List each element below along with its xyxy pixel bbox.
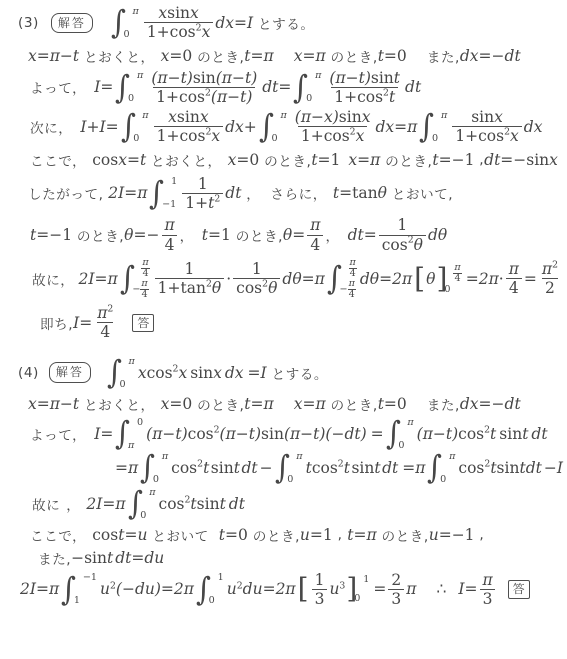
denominator: 4 [140,289,148,300]
math-italic: dt [405,78,421,96]
integral-limits: π0 [442,451,455,485]
plain-text: ， [66,494,80,514]
math-italic: (−du) [116,580,161,598]
math-italic: dt [505,47,521,65]
math-italic: 2π [479,270,499,288]
math-roman: sin [471,108,494,126]
integral: ∫1−1 [148,176,179,210]
denominator: 2 [542,278,558,297]
math-italic: x [161,395,170,413]
fraction: π4 [141,258,149,279]
math-roman: = [379,270,392,288]
math-italic: x [118,151,127,169]
bracket-limits: π40 [446,263,461,295]
superscript: 2 [338,458,344,469]
math-roman: = [94,270,107,288]
fraction: π4 [453,263,461,284]
math-italic: x [202,23,211,41]
integral: ∫π0 [127,487,158,521]
fraction: 13 [312,571,328,609]
math-roman: cos [171,459,197,477]
integral-limits: π0 [289,451,302,485]
denominator: 1+tan2θ [155,278,225,297]
upper-limit: π [315,70,321,81]
math-roman: 2 [545,279,555,297]
fraction: sinx1+cos2x [452,108,522,146]
lower-limit: −π4 [132,279,149,300]
math-italic: x [213,364,222,382]
math-roman: =0 [384,47,407,65]
integral: ∫π0 [114,70,145,104]
upper-limit: −1 [83,572,97,583]
plain-text: とおいて, [387,183,453,203]
plain-text: のとき, [72,225,124,245]
math-roman: sin [167,4,190,22]
numerator: π [348,279,356,289]
plain-text: のとき, [380,150,432,170]
upper-limit: π [133,6,139,17]
integral-sign: ∫ [61,573,76,607]
math-italic: 2π [174,580,194,598]
lower-limit: 0 [444,284,461,295]
math-italic: u [329,580,339,598]
formula-line-s4-problem: (4)解答∫π0xcos2xsinxdx=I とする。 [18,356,563,390]
math-roman: =1 [318,151,341,169]
math-italic: du [243,580,263,598]
lower-limit: 0 [128,93,143,104]
numerator: 1 [249,260,265,278]
fraction: π4 [161,216,177,254]
math-italic: (π−x) [295,108,339,126]
plain-text: のとき, [192,46,244,66]
math-italic: π [315,270,325,288]
math-italic: t [522,425,528,443]
integral: ∫π0 [110,6,141,40]
integral: ∫10 [195,572,226,606]
math-roman: = [292,226,305,244]
math-italic: θ [283,226,292,244]
plain-text: ， [241,183,260,203]
math-italic: π [49,580,59,598]
math-italic: 2π [276,580,296,598]
plain-text: ここで， [30,525,86,545]
math-italic: x [211,127,220,145]
math-italic: dθ [282,270,301,288]
math-italic: π [141,279,147,289]
math-roman: 3 [391,590,401,608]
math-roman: = [106,118,119,136]
math-roman: 1 [198,175,208,193]
solution-badge: 解答 [49,362,91,382]
math-italic: x [510,127,519,145]
math-italic: dt [531,425,547,443]
math-italic: x [178,364,187,382]
math-italic: (π−t) [417,425,459,443]
superscript: 2 [504,127,510,138]
math-roman: cos [92,526,118,544]
math-italic: (π−t) [151,69,193,87]
formula-line-s4-expand: =π∫π0cos2tsintdt−∫π0tcos2tsintdt=π∫π0cos… [115,451,563,485]
integral-sign: ∫ [274,451,289,485]
upper-limit: π4 [141,258,149,279]
math-roman: 1+cos [334,88,383,106]
math-italic: π [296,451,302,462]
superscript: 2 [383,88,389,99]
math-italic: dt [348,226,364,244]
math-italic: t [107,549,113,567]
math-roman: =− [133,226,159,244]
lower-limit: 1 [74,595,97,606]
integral: ∫−11 [60,572,99,606]
math-roman: = [124,184,137,202]
math-italic: 2I [20,580,36,598]
math-italic: π−t [50,395,79,413]
math-roman: = [402,459,415,477]
formula-line-s4-du: また,−sintdt=du [38,548,563,569]
integral-sign: ∫ [120,110,135,144]
lower-limit: 0 [306,93,321,104]
math-italic: dt [225,184,241,202]
math-roman: − [260,459,273,477]
math-italic: x [362,108,371,126]
denominator: cos2θ [379,235,426,254]
math-italic: 2π [392,270,412,288]
lower-limit: 0 [209,595,224,606]
math-italic: dt [262,78,278,96]
math-italic: (π−t) [220,425,262,443]
math-italic: x [168,108,177,126]
math-roman: sin [177,108,200,126]
plain-text: ここで， [30,150,86,170]
math-roman: −sin [71,549,107,567]
math-roman: =0 [225,526,248,544]
math-italic: 2I [79,270,95,288]
numerator: π [453,263,461,273]
math-roman: cos [382,236,408,254]
math-italic: π [107,270,117,288]
integral: ∫π0 [106,356,137,390]
integral-sign: ∫ [140,451,155,485]
evaluation-bracket: [θ]π40 [414,263,464,295]
math-roman: ∴ [436,580,446,598]
math-roman: 1+ [185,194,208,212]
denominator: 4 [348,289,356,300]
math-italic: t [344,459,350,477]
numerator: π [307,216,323,234]
plain-text: のとき, [326,46,378,66]
math-italic: x [494,108,503,126]
math-italic: θ [414,236,423,254]
formula-line-s3-sum: 次に，I+I=∫π0xsinx1+cos2xdx+∫π0(π−x)sinx1+c… [30,108,563,146]
formula-line-s4-substitution: x=π−t とおくと，x=0 のとき,t=πx=π のとき,t=0また,dx=−… [28,394,563,415]
fraction: (π−t)sint1+cos2t [326,69,403,107]
math-italic: θ [378,184,387,202]
math-roman: = [466,270,479,288]
numerator: π [140,279,148,289]
integral-limits: π0 [308,70,321,104]
integral: ∫π0 [292,70,323,104]
math-italic: dt [505,395,521,413]
math-italic: θ [124,226,133,244]
integral-limits: π0 [130,70,143,104]
math-italic: u [137,526,147,544]
math-roman: = [37,47,50,65]
plain-text: (3) [18,15,39,31]
denominator: 3 [388,589,404,608]
plain-text: ， [325,225,339,245]
math-roman: sin [261,425,284,443]
plain-text: とおいて [147,525,208,545]
math-roman: =−1 [36,226,72,244]
integral-limits: π0 [155,451,168,485]
math-italic: dx [375,118,394,136]
math-italic: x [28,47,37,65]
integral-limits: π0 [400,417,413,451]
math-italic: π [449,451,455,462]
math-roman: cos [92,151,118,169]
math-italic: π [415,459,425,477]
math-roman: cos [188,425,214,443]
math-roman: = [124,526,137,544]
math-roman: 4 [100,323,110,341]
math-italic: t [394,69,400,87]
math-italic: x [158,4,167,22]
math-italic: du [144,549,164,567]
math-roman: =0 [169,47,192,65]
math-roman: =−sin [500,151,549,169]
math-roman: 1 [218,572,224,583]
math-italic: u [300,526,310,544]
math-roman: =−1 [439,151,475,169]
math-roman: 0 [354,593,360,604]
math-roman: =1 [310,526,333,544]
math-italic: θ [212,279,221,297]
math-roman: 4 [349,290,355,300]
integral-limits: π4−π4 [134,258,149,300]
denominator: 4 [506,278,522,297]
math-roman: = [278,78,291,96]
numerator: π [479,571,495,589]
integral-sign: ∫ [259,110,274,144]
math-italic: u [227,580,237,598]
math-roman: = [302,270,315,288]
math-roman: 4 [509,279,519,297]
lower-limit: 0 [440,474,455,485]
math-roman: −1 [83,572,97,583]
math-solution-document: (3)解答∫π0xsinx1+cos2xdx=I とする。x=π−t とおくと，… [0,0,567,659]
math-roman: 1 [252,260,262,278]
math-italic: (π−t) [329,69,371,87]
math-roman: = [127,151,140,169]
integral: ∫π0 [385,417,416,451]
math-roman: = [353,526,366,544]
math-roman: 1+cos [301,127,350,145]
integral-sign: ∫ [107,356,122,390]
math-roman: = [79,314,92,332]
fraction: π4 [349,258,357,279]
numerator: π2 [94,304,116,322]
math-italic: π [142,110,148,121]
math-roman: = [131,549,144,567]
math-roman: 4 [165,236,175,254]
numerator: (π−t)sint [326,69,403,87]
integral-sign: ∫ [149,177,164,211]
math-italic: π [441,110,447,121]
fraction: π4 [348,279,356,300]
upper-limit: π [407,417,413,428]
denominator: 1+cos2(π−t) [153,87,255,106]
math-italic: π [315,395,325,413]
integral: ∫π0 [426,451,457,485]
math-italic: t [389,88,395,106]
integral-limits: 10 [211,572,224,606]
plain-text: のとき, [192,394,244,414]
math-italic: π [115,495,125,513]
answer-badge: 答 [508,580,530,598]
upper-limit: π [296,451,302,462]
math-italic: π [264,47,274,65]
math-roman: 1+cos [455,127,504,145]
math-roman: sin [211,459,234,477]
fraction: π24 [94,304,116,342]
fraction: xsinx1+cos2x [154,108,224,146]
plain-text: 故に [32,494,60,514]
math-roman: = [100,78,113,96]
math-italic: π [162,451,168,462]
plain-text: のとき, [248,525,300,545]
math-italic: π [406,580,416,598]
math-roman: · [226,270,231,288]
numerator: π [141,258,149,268]
math-roman: =0 [236,151,259,169]
math-italic: π [164,216,174,234]
math-italic: π [407,118,417,136]
math-italic: dx [215,14,234,32]
math-italic: dx [225,364,244,382]
lower-limit: 0 [432,133,447,144]
upper-limit: π [149,487,155,498]
math-roman: =0 [384,395,407,413]
math-italic: π [129,356,135,367]
math-italic: x [549,151,558,169]
denominator: 1+cos2x [298,126,368,145]
math-roman: · [499,270,504,288]
plain-text: 次に， [30,117,72,137]
integral-sign: ∫ [293,71,308,105]
left-bracket: [ [414,265,425,293]
integral-limits: π0 [122,356,135,390]
plain-text: 即ち, [40,313,73,333]
superscript: 2 [552,260,558,271]
math-italic: π [482,571,492,589]
math-roman: = [394,118,407,136]
math-roman: sin [190,364,213,382]
fraction: 1cos2θ [233,260,280,298]
math-italic: θ [426,270,435,288]
integral: ∫π0 [139,451,170,485]
bracket-limits: 10 [356,574,369,604]
fraction: 1cos2θ [379,216,426,254]
integral-limits: −11 [76,572,97,606]
math-roman: sin [371,69,394,87]
upper-limit: π [162,451,168,462]
superscript: 3 [339,580,345,591]
formula-line-s3-2I-integral: したがって, 2I=π∫1−111+t2dt ，さらに，t=tanθ とおいて, [28,175,563,213]
math-italic: π [142,258,148,268]
formula-line-s4-answer: 2I=π∫−11u2(−du)=2π∫10u2du=2π[13u3]10=23π… [20,571,563,609]
math-roman: 4 [141,290,147,300]
math-roman: 0 [444,284,450,295]
superscript: 2 [237,580,243,591]
math-roman: = [263,580,276,598]
math-roman: cos [458,459,484,477]
numerator: xsinx [155,4,201,22]
solution-badge: 解答 [51,13,93,33]
superscript: 2 [408,235,414,246]
plain-text: したがって, [28,183,108,203]
math-italic: t [374,459,380,477]
math-italic: π [137,184,147,202]
superscript: 2 [206,279,212,290]
integral-sign: ∫ [120,262,135,296]
formula-line-s3-answer: 即ち,I=π24答 [40,304,563,342]
math-italic: (π−t) [216,69,258,87]
math-italic: θ [268,279,277,297]
math-roman: 1+tan [158,279,206,297]
superscript: 2 [214,424,220,435]
math-roman: cos [147,364,173,382]
integral: ∫π4−π4 [119,258,152,300]
math-italic: π [137,70,143,81]
math-italic: π [149,487,155,498]
formula-line-s4-transform: よって，I=∫0π(π−t)cos2(π−t)sin(π−t)(−dt)=∫π0… [30,417,563,451]
math-italic: x [161,47,170,65]
math-roman: = [464,580,477,598]
math-roman: sin [499,425,522,443]
denominator: 1+cos2x [144,22,214,41]
math-roman: = [100,425,113,443]
math-roman: 1 [397,216,407,234]
denominator: 3 [312,589,328,608]
integral-limits: π0 [142,487,155,521]
denominator: 1+cos2x [452,126,522,145]
math-roman: = [524,270,537,288]
plain-text: のとき, [231,225,283,245]
integral-limits: π4−π4 [342,258,357,300]
math-roman: = [102,495,115,513]
math-italic: π [280,110,286,121]
numerator: 2 [388,571,404,589]
math-roman: =− [479,395,505,413]
upper-limit: π4 [453,263,461,284]
plain-text: 故に， [32,269,74,289]
math-italic: π [509,260,519,278]
numerator: π2 [539,260,561,278]
plain-text: とおくと， [79,46,154,66]
math-roman: cos [458,425,484,443]
upper-limit: 1 [171,176,177,187]
left-bracket: [ [298,575,309,603]
fraction: 11+tan2θ [155,260,225,298]
formula-line-s4-2I-integral: 故に，2I=π∫π0cos2tsintdt [32,487,563,521]
formula-line-s3-theta-bounds: t=−1 のとき,θ=−π4，t=1 のとき,θ=π4，dt=1cos2θdθ [30,216,563,254]
upper-limit: π [449,451,455,462]
math-roman: = [161,580,174,598]
math-italic: I [557,459,563,477]
math-italic: π [133,6,139,17]
math-roman: =− [479,47,505,65]
formula-line-s3-evaluation: 故に，2I=π∫π4−π411+tan2θ·1cos2θdθ=π∫π4−π4dθ… [32,258,563,300]
